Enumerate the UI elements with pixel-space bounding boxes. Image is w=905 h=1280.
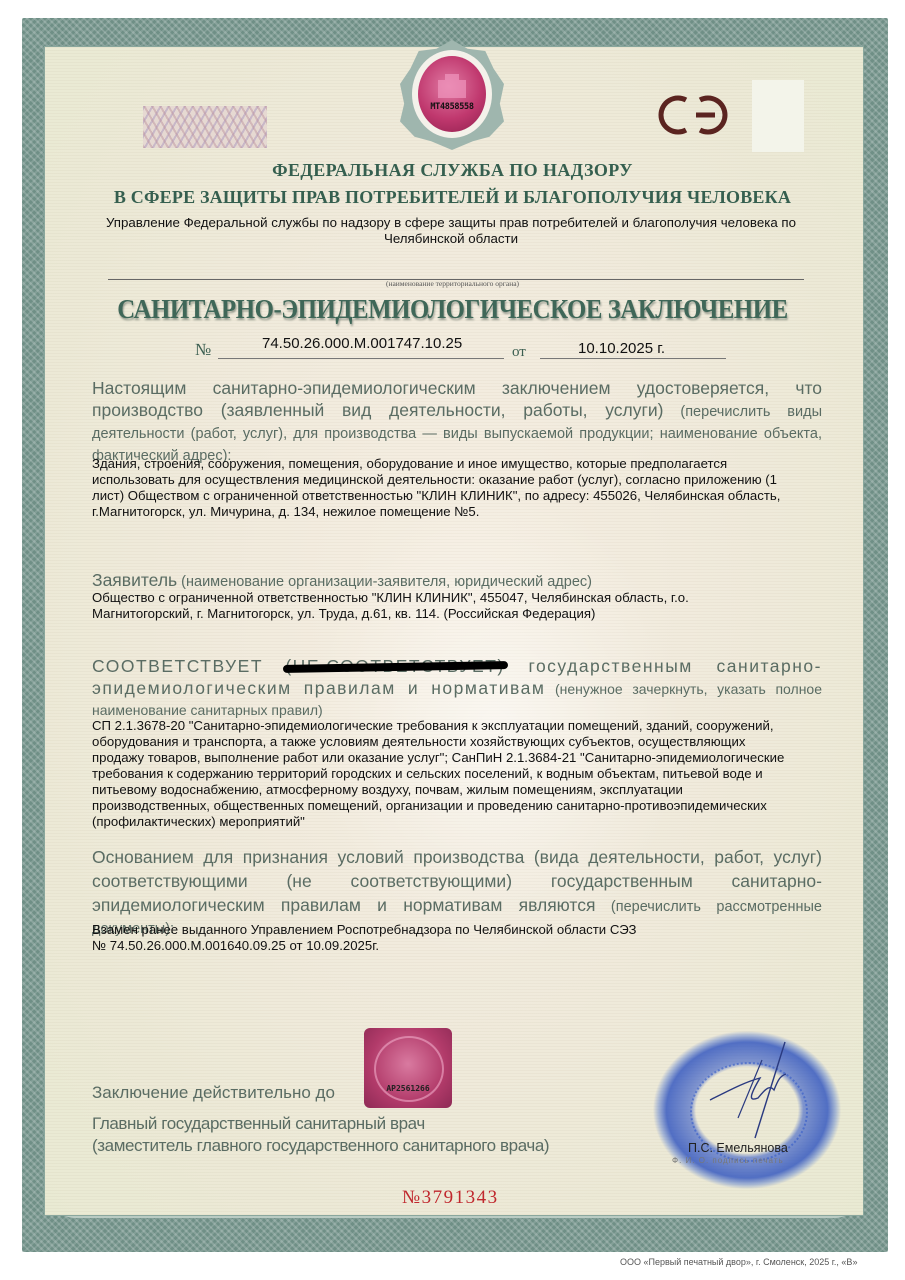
compliance-lead: СООТВЕТСТВУЕТ (НЕ СООТВЕТСТВУЕТ) государ…	[92, 656, 822, 721]
compliance-rules: СП 2.1.3678-20 "Санитарно-эпидемиологиче…	[92, 718, 792, 830]
hologram-code: MT4858558	[420, 102, 484, 112]
deputy-chief-title: (заместитель главного государственного с…	[92, 1136, 549, 1156]
signature-icon	[700, 1040, 810, 1140]
document-number: 74.50.26.000.М.001747.10.25	[262, 335, 462, 352]
number-label: №	[195, 340, 211, 360]
document-title: САНИТАРНО-ЭПИДЕМИОЛОГИЧЕСКОЕ ЗАКЛЮЧЕНИЕ	[36, 294, 869, 325]
hologram-code: AP2561266	[364, 1084, 452, 1093]
agency-name-line-2: В СФЕРЕ ЗАЩИТЫ ПРАВ ПОТРЕБИТЕЛЕЙ И БЛАГО…	[0, 187, 905, 208]
signer-name: П.С. Емельянова	[688, 1141, 788, 1155]
validity-label: Заключение действительно до	[92, 1083, 335, 1103]
hologram-seal-bottom: AP2561266	[364, 1028, 452, 1108]
hologram-seal-top: MT4858558	[400, 40, 504, 150]
struck-option: (НЕ СООТВЕТСТВУЕТ)	[285, 656, 504, 677]
applicant-lead: Заявитель (наименование организации-заяв…	[92, 570, 822, 592]
territorial-department: Управление Федеральной службы по надзору…	[90, 215, 812, 247]
security-pattern-patch	[143, 106, 267, 148]
applicant-value: Общество с ограниченной ответственностью…	[92, 590, 742, 622]
printer-imprint: ООО «Первый печатный двор», г. Смоленск,…	[620, 1257, 857, 1267]
basis-value: Взамен ранее выданного Управлением Роспо…	[92, 922, 652, 954]
blank-serial-number: №3791343	[402, 1187, 499, 1209]
date-underline	[540, 358, 726, 359]
date-label: от	[512, 344, 526, 361]
compliance-status: СООТВЕТСТВУЕТ	[92, 656, 263, 676]
applicant-label: Заявитель	[92, 570, 177, 590]
agency-name-line-1: ФЕДЕРАЛЬНАЯ СЛУЖБА ПО НАДЗОРУ	[0, 160, 905, 181]
blank-label-area	[752, 80, 804, 152]
se-logo-icon	[652, 92, 732, 138]
production-lead: Настоящим санитарно-эпидемиологическим з…	[92, 378, 822, 467]
signer-caption: Ф. И. О. подпись печать	[672, 1156, 784, 1165]
production-value: Здания, строения, сооружения, помещения,…	[92, 456, 792, 520]
department-caption: (наименование территориального органа)	[0, 279, 905, 288]
applicant-hint: (наименование организации-заявителя, юри…	[177, 574, 592, 590]
chief-title: Главный государственный санитарный врач	[92, 1114, 425, 1134]
number-underline	[218, 358, 504, 359]
document-date: 10.10.2025 г.	[578, 340, 665, 357]
